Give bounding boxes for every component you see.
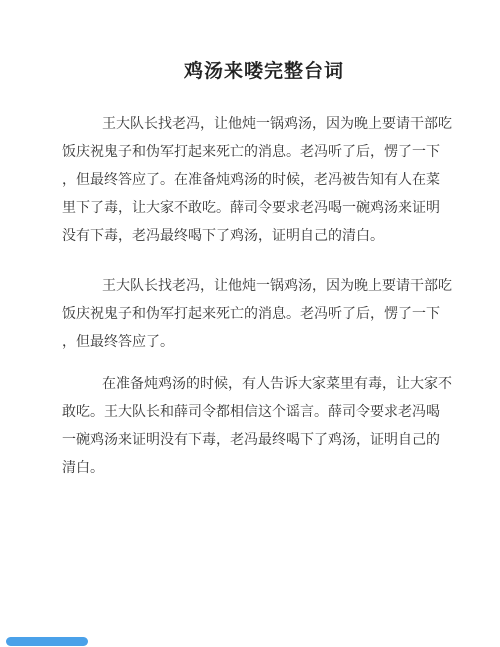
text-line: ，但最终答应了。在准备炖鸡汤的时候，老冯被告知有人在菜 [62,167,438,195]
document-page: 鸡汤来喽完整台词 王大队长找老冯，让他炖一锅鸡汤，因为晚上要请干部吃 饭庆祝鬼子… [0,0,500,647]
scrollbar-horizontal-thumb[interactable] [6,637,88,646]
text-line: 没有下毒，老冯最终喝下了鸡汤，证明自己的清白。 [62,223,438,251]
text-line: 王大队长找老冯，让他炖一锅鸡汤，因为晚上要请干部吃 [62,273,438,301]
text-line: 在准备炖鸡汤的时候，有人告诉大家菜里有毒，让大家不 [62,371,438,399]
text-line: 饭庆祝鬼子和伪军打起来死亡的消息。老冯听了后，愣了一下 [62,139,438,167]
text-line: 里下了毒，让大家不敢吃。薛司令要求老冯喝一碗鸡汤来证明 [62,195,438,223]
text-line: 王大队长找老冯，让他炖一锅鸡汤，因为晚上要请干部吃 [62,111,438,139]
text-line: 饭庆祝鬼子和伪军打起来死亡的消息。老冯听了后，愣了一下 [62,301,438,329]
text-line: ，但最终答应了。 [62,329,438,357]
paragraph-2: 王大队长找老冯，让他炖一锅鸡汤，因为晚上要请干部吃 饭庆祝鬼子和伪军打起来死亡的… [62,273,438,357]
text-line: 清白。 [62,455,438,483]
paragraph-3: 在准备炖鸡汤的时候，有人告诉大家菜里有毒，让大家不 敢吃。王大队长和薛司令都相信… [62,371,438,483]
text-line: 敢吃。王大队长和薛司令都相信这个谣言。薛司令要求老冯喝 [62,399,438,427]
text-line: 一碗鸡汤来证明没有下毒，老冯最终喝下了鸡汤，证明自己的 [62,427,438,455]
page-title: 鸡汤来喽完整台词 [0,58,500,86]
paragraph-1: 王大队长找老冯，让他炖一锅鸡汤，因为晚上要请干部吃 饭庆祝鬼子和伪军打起来死亡的… [62,111,438,251]
